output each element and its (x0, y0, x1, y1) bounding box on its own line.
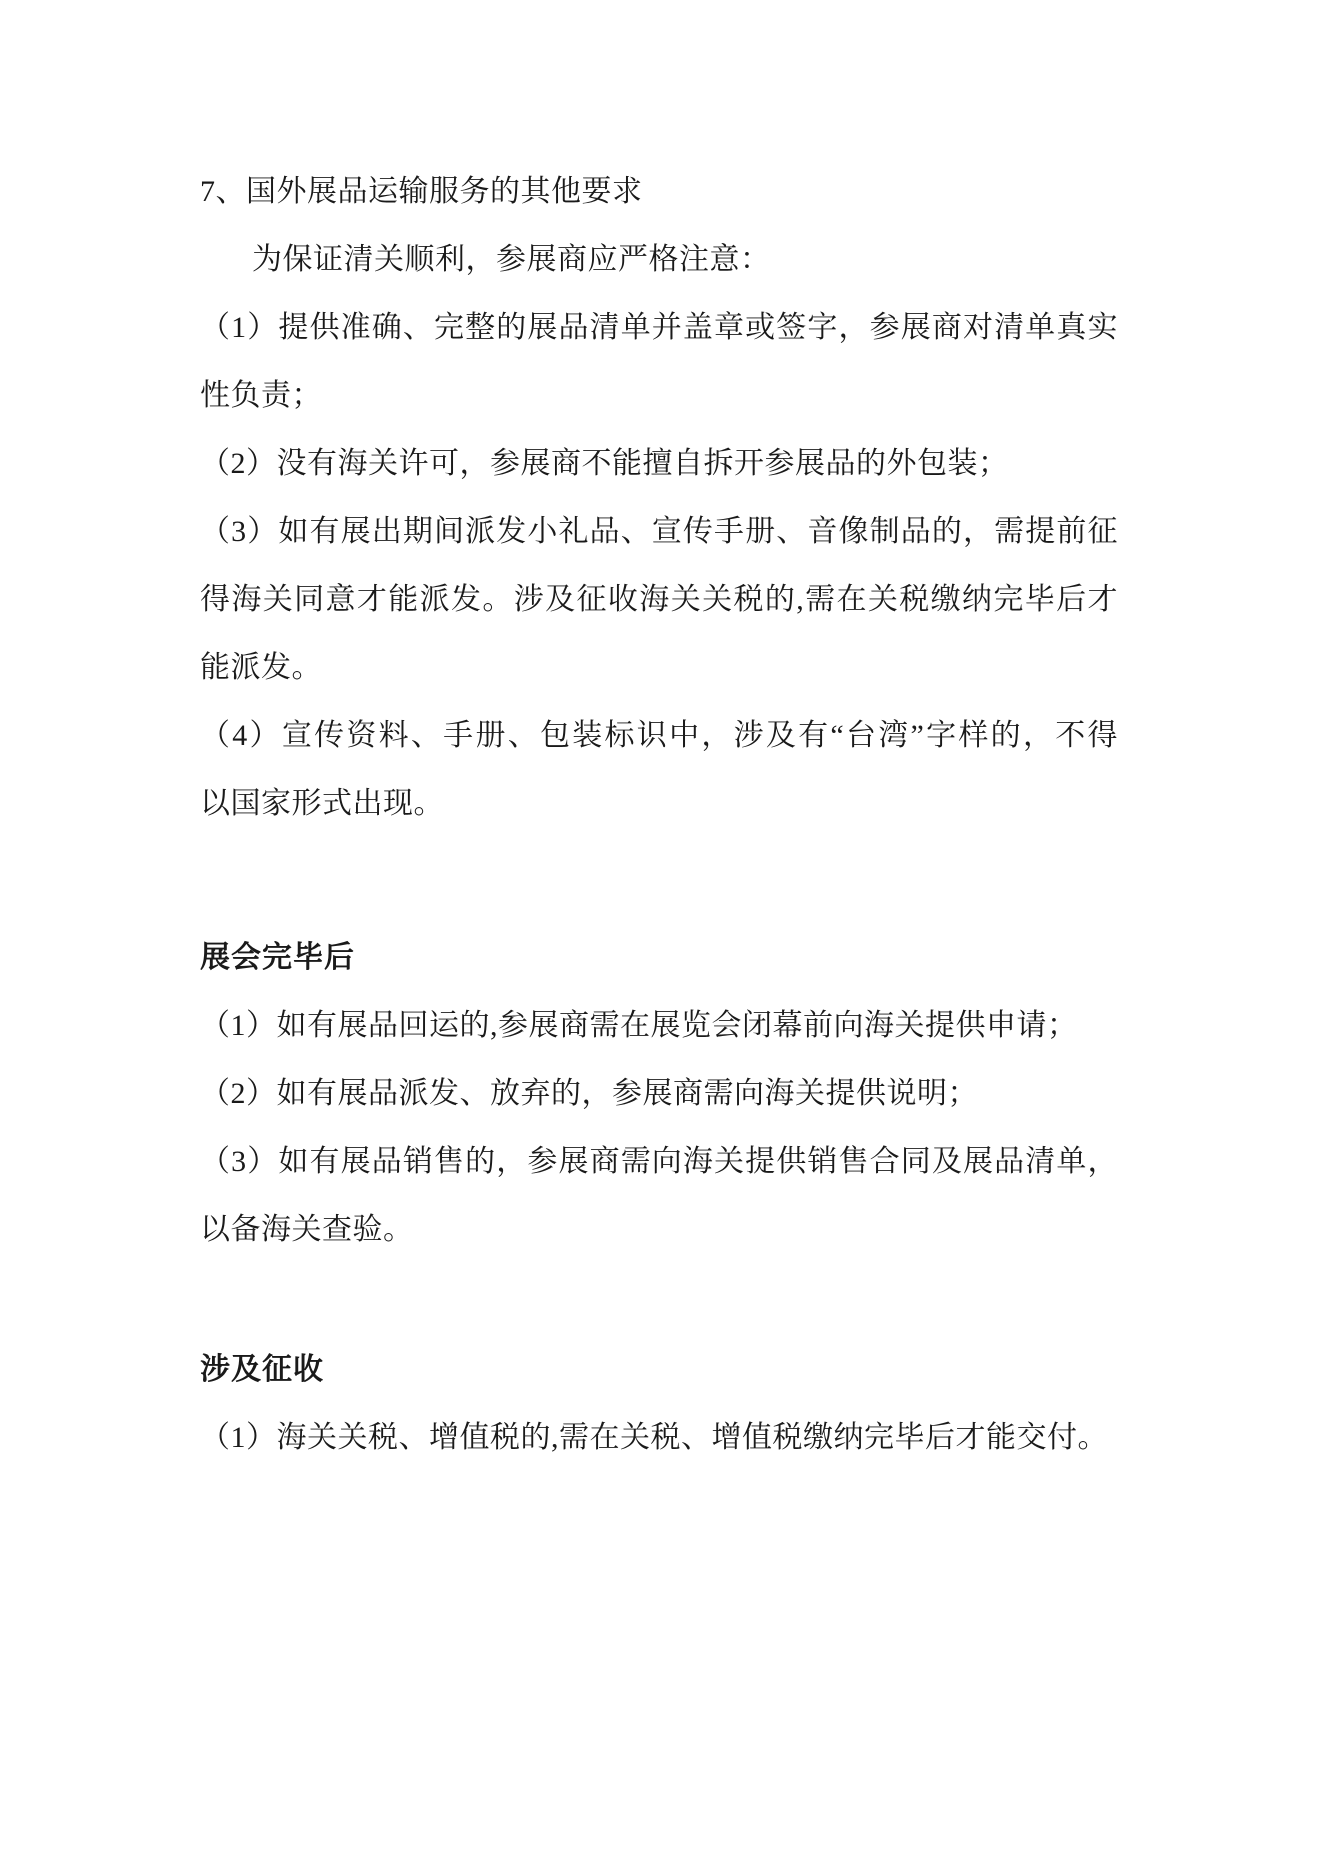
item-4-line-1: （4）宣传资料、手册、包装标识中，涉及有“台湾”字样的，不得 (200, 702, 1118, 770)
document-content: 7、国外展品运输服务的其他要求 为保证清关顺利，参展商应严格注意： （1）提供准… (0, 0, 1323, 1472)
intro-note: 为保证清关顺利，参展商应严格注意： (200, 226, 1118, 294)
item-1-line-2: 性负责； (200, 362, 1118, 430)
tax-item-1: （1）海关关税、增值税的,需在关税、增值税缴纳完毕后才能交付。 (200, 1404, 1118, 1472)
heading-after-exhibition: 展会完毕后 (200, 924, 1118, 992)
document-page: 7、国外展品运输服务的其他要求 为保证清关顺利，参展商应严格注意： （1）提供准… (0, 0, 1323, 1871)
clause-7-title: 7、国外展品运输服务的其他要求 (200, 158, 1118, 226)
item-3-line-3: 能派发。 (200, 634, 1118, 702)
item-2: （2）没有海关许可，参展商不能擅自拆开参展品的外包装； (200, 430, 1118, 498)
heading-tax-collection: 涉及征收 (200, 1336, 1118, 1404)
post-item-2: （2）如有展品派发、放弃的，参展商需向海关提供说明； (200, 1060, 1118, 1128)
item-3-line-2: 得海关同意才能派发。涉及征收海关关税的,需在关税缴纳完毕后才 (200, 566, 1118, 634)
post-item-3-line-2: 以备海关查验。 (200, 1196, 1118, 1264)
post-item-3-line-1: （3）如有展品销售的，参展商需向海关提供销售合同及展品清单， (200, 1128, 1118, 1196)
post-item-1: （1）如有展品回运的,参展商需在展览会闭幕前向海关提供申请； (200, 992, 1118, 1060)
item-3-line-1: （3）如有展出期间派发小礼品、宣传手册、音像制品的，需提前征 (200, 498, 1118, 566)
item-4-line-2: 以国家形式出现。 (200, 770, 1118, 838)
item-1-line-1: （1）提供准确、完整的展品清单并盖章或签字，参展商对清单真实 (200, 294, 1118, 362)
